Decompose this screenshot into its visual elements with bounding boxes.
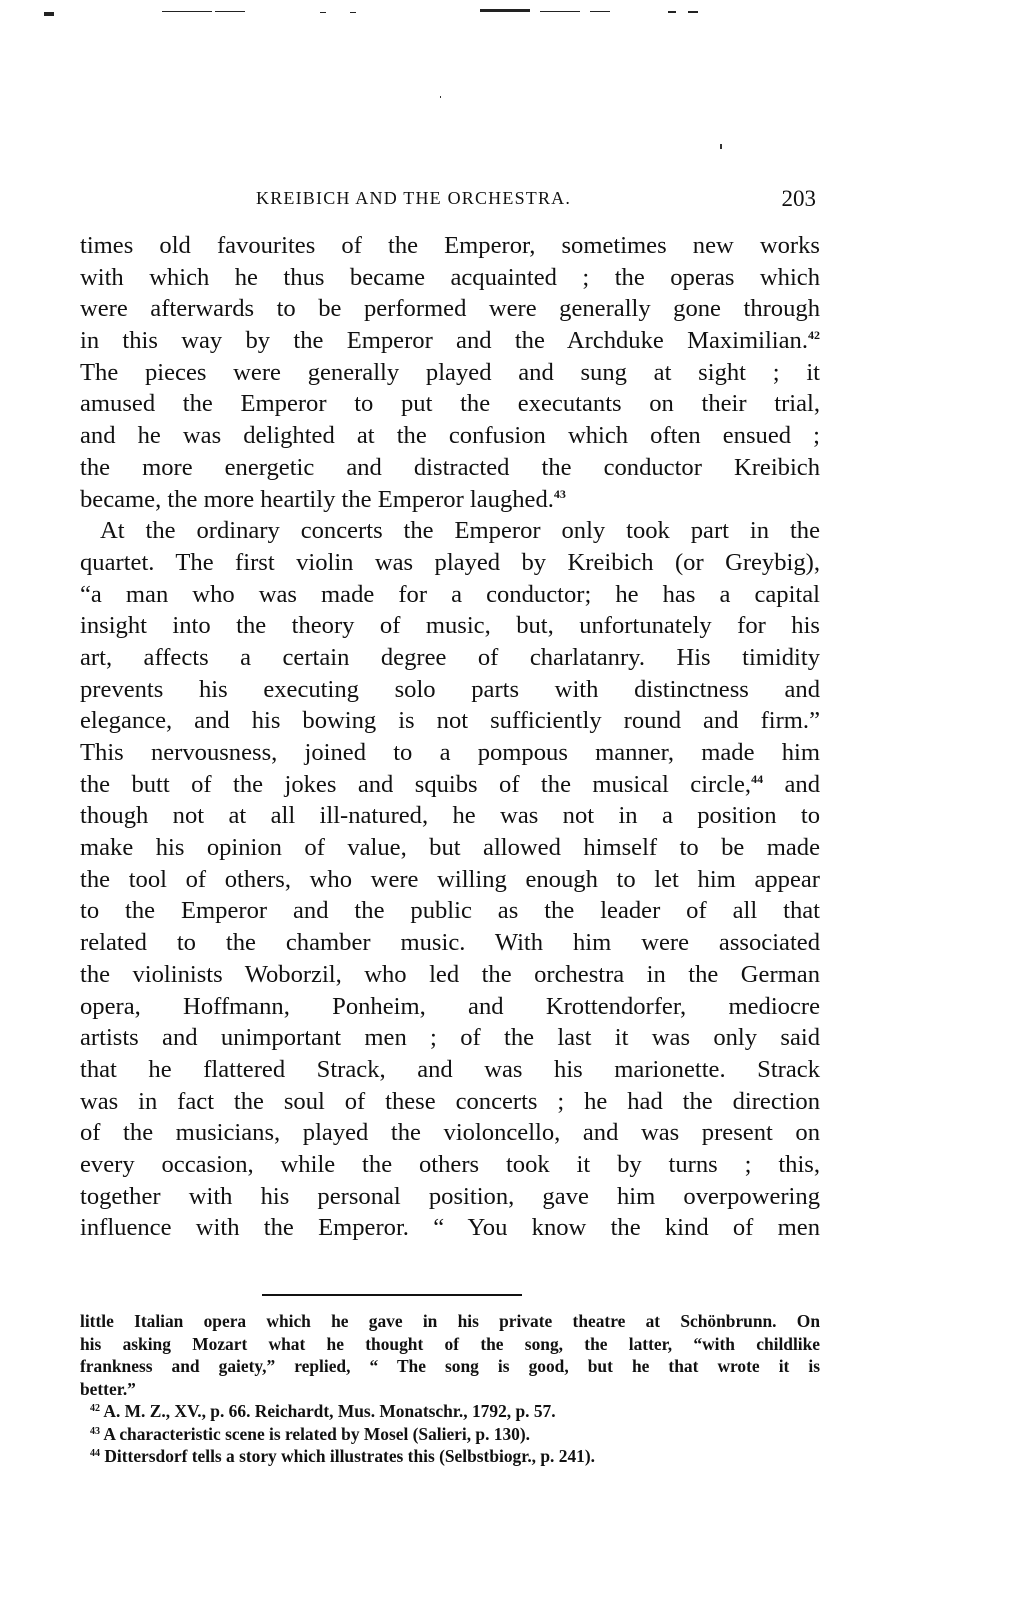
text-line: the more energetic and distracted the co…: [80, 452, 820, 484]
footnote-43: 43 A characteristic scene is related by …: [80, 1423, 820, 1446]
footnote-ref-44[interactable]: 44: [751, 772, 763, 786]
text-line: “a man who was made for a conductor; he …: [80, 579, 820, 611]
footnote-42: 42 A. M. Z., XV., p. 66. Reichardt, Mus.…: [80, 1400, 820, 1423]
text-line: though not at all ill-natured, he was no…: [80, 800, 820, 832]
text-line: the butt of the jokes and squibs of the …: [80, 769, 820, 801]
text-line: the tool of others, who were willing eno…: [80, 864, 820, 896]
text-line: related to the chamber music. With him w…: [80, 927, 820, 959]
footnote-text: A. M. Z., XV., p. 66. Reichardt, Mus. Mo…: [100, 1401, 556, 1421]
text-line: of the musicians, played the violoncello…: [80, 1117, 820, 1149]
text-line: prevents his executing solo parts with d…: [80, 674, 820, 706]
footnote-ref-42[interactable]: 42: [808, 328, 820, 342]
text-line: became, the more heartily the Emperor la…: [80, 484, 820, 516]
text-line: was in fact the soul of these concerts ;…: [80, 1086, 820, 1118]
text-line: elegance, and his bowing is not sufficie…: [80, 705, 820, 737]
text-line: with which he thus became acquainted ; t…: [80, 262, 820, 294]
text-line: that he flattered Strack, and was his ma…: [80, 1054, 820, 1086]
footnote-continuation-line: his asking Mozart what he thought of the…: [80, 1333, 820, 1356]
text-span: became, the more heartily the Emperor la…: [80, 486, 554, 513]
footnote-divider: [262, 1294, 522, 1296]
text-line: together with his personal position, gav…: [80, 1181, 820, 1213]
text-line: This nervousness, joined to a pompous ma…: [80, 737, 820, 769]
text-line: opera, Hoffmann, Ponheim, and Krottendor…: [80, 991, 820, 1023]
text-line: insight into the theory of music, but, u…: [80, 610, 820, 642]
footnote-ref-43[interactable]: 43: [554, 487, 566, 501]
footnote-text: A characteristic scene is related by Mos…: [100, 1424, 530, 1444]
text-line: and he was delighted at the confusion wh…: [80, 420, 820, 452]
footnote-44: 44 Dittersdorf tells a story which illus…: [80, 1445, 820, 1468]
body-text: times old favourites of the Emperor, som…: [80, 230, 820, 1244]
footnote-number: 43: [90, 1426, 100, 1437]
text-line: times old favourites of the Emperor, som…: [80, 230, 820, 262]
text-span: in this way by the Emperor and the Archd…: [80, 327, 808, 354]
text-line: artists and unimportant men ; of the las…: [80, 1022, 820, 1054]
scan-artifacts: [0, 8, 1034, 28]
text-line: At the ordinary concerts the Emperor onl…: [80, 515, 820, 547]
text-line: influence with the Emperor. “ You know t…: [80, 1212, 820, 1244]
text-line: The pieces were generally played and sun…: [80, 357, 820, 389]
text-line: in this way by the Emperor and the Archd…: [80, 325, 820, 357]
footnote-continuation-line: frankness and gaiety,” replied, “ The so…: [80, 1355, 820, 1378]
page-number: 203: [782, 186, 817, 212]
footnote-continuation-line: better.”: [80, 1378, 820, 1401]
text-line: make his opinion of value, but allowed h…: [80, 832, 820, 864]
running-title: KREIBICH AND THE ORCHESTRA.: [256, 188, 571, 209]
text-line: every occasion, while the others took it…: [80, 1149, 820, 1181]
text-line: quartet. The first violin was played by …: [80, 547, 820, 579]
text-line: art, affects a certain degree of charlat…: [80, 642, 820, 674]
footnotes: little Italian opera which he gave in hi…: [80, 1310, 820, 1468]
scan-speck: [720, 144, 722, 149]
text-line: were afterwards to be performed were gen…: [80, 293, 820, 325]
text-line: to the Emperor and the public as the lea…: [80, 895, 820, 927]
footnote-continuation-line: little Italian opera which he gave in hi…: [80, 1310, 820, 1333]
footnote-number: 44: [90, 1448, 100, 1459]
text-line: amused the Emperor to put the executants…: [80, 388, 820, 420]
text-span: and: [763, 771, 820, 798]
scan-speck: [440, 96, 441, 98]
text-line: the violinists Woborzil, who led the orc…: [80, 959, 820, 991]
text-span: the butt of the jokes and squibs of the …: [80, 771, 751, 798]
footnote-text: Dittersdorf tells a story which illustra…: [100, 1446, 595, 1466]
footnote-number: 42: [90, 1403, 100, 1414]
running-head: KREIBICH AND THE ORCHESTRA. 203: [80, 186, 820, 216]
